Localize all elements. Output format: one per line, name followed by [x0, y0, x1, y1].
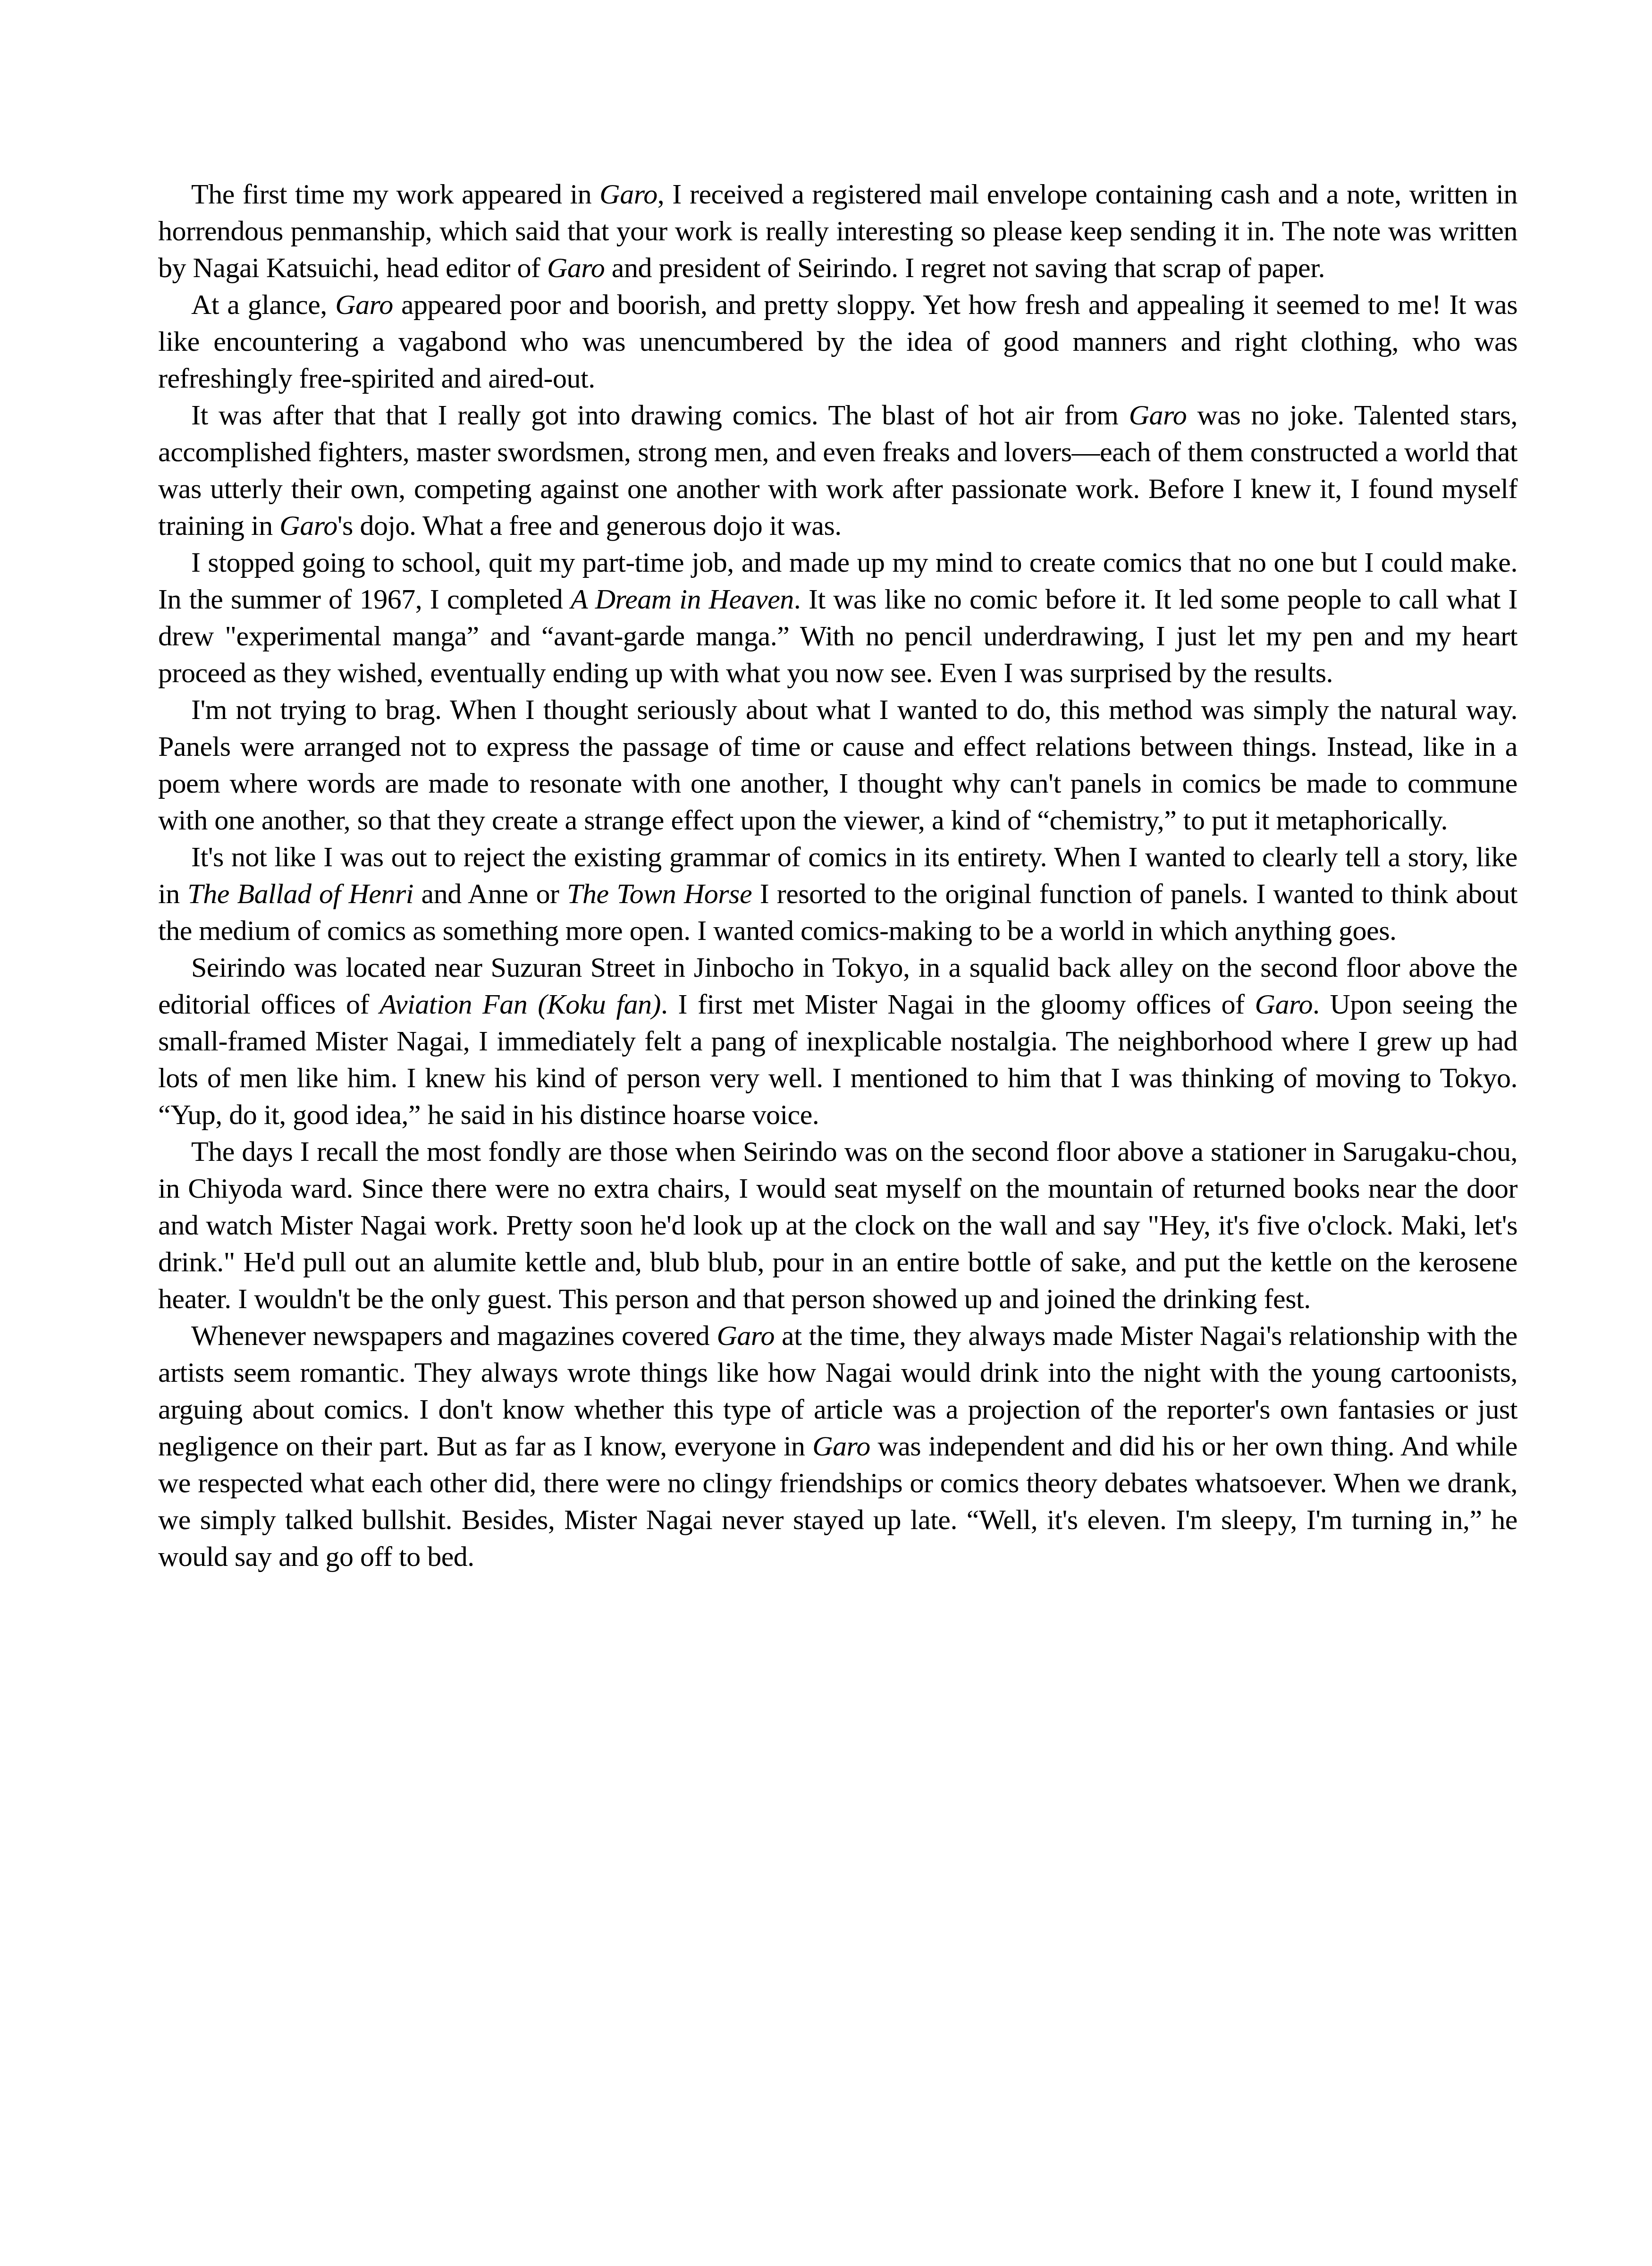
paragraph: Seirindo was located near Suzuran Street… [158, 949, 1517, 1133]
paragraph: I stopped going to school, quit my part-… [158, 544, 1517, 691]
italic-title-run: The Town Horse [567, 878, 752, 909]
italic-title-run: Garo [1255, 989, 1313, 1020]
italic-title-run: The Ballad of Henri [187, 878, 413, 909]
text-run: I'm not trying to brag. When I thought s… [158, 694, 1517, 836]
text-run: Whenever newspapers and magazines covere… [191, 1320, 716, 1351]
italic-title-run: Garo [547, 252, 605, 283]
paragraph: It was after that that I really got into… [158, 397, 1517, 544]
text-run: The first time my work appeared in [191, 178, 599, 210]
italic-title-run: Garo [716, 1320, 774, 1351]
text-run: At a glance, [191, 289, 335, 320]
italic-title-run: Garo [1129, 399, 1187, 431]
paragraph: The first time my work appeared in Garo,… [158, 176, 1517, 286]
text-run: and president of Seirindo. I regret not … [605, 252, 1325, 283]
italic-title-run: Aviation Fan (Koku fan) [379, 989, 661, 1020]
italic-title-run: Garo [279, 510, 337, 541]
italic-title-run: Garo [599, 178, 657, 210]
italic-title-run: A Dream in Heaven [571, 583, 794, 615]
paragraph: At a glance, Garo appeared poor and boor… [158, 286, 1517, 397]
paragraph: The days I recall the most fondly are th… [158, 1133, 1517, 1317]
italic-title-run: Garo [335, 289, 393, 320]
italic-title-run: Garo [812, 1430, 870, 1462]
text-run: The days I recall the most fondly are th… [158, 1136, 1517, 1314]
text-run: It was after that that I really got into… [191, 399, 1129, 431]
paragraph: Whenever newspapers and magazines covere… [158, 1317, 1517, 1575]
text-run: . I first met Mister Nagai in the gloomy… [661, 989, 1255, 1020]
text-run: 's dojo. What a free and generous dojo i… [337, 510, 842, 541]
paragraph: It's not like I was out to reject the ex… [158, 838, 1517, 949]
page-text: The first time my work appeared in Garo,… [158, 176, 1517, 1575]
paragraph: I'm not trying to brag. When I thought s… [158, 691, 1517, 838]
text-run: and Anne or [413, 878, 567, 909]
